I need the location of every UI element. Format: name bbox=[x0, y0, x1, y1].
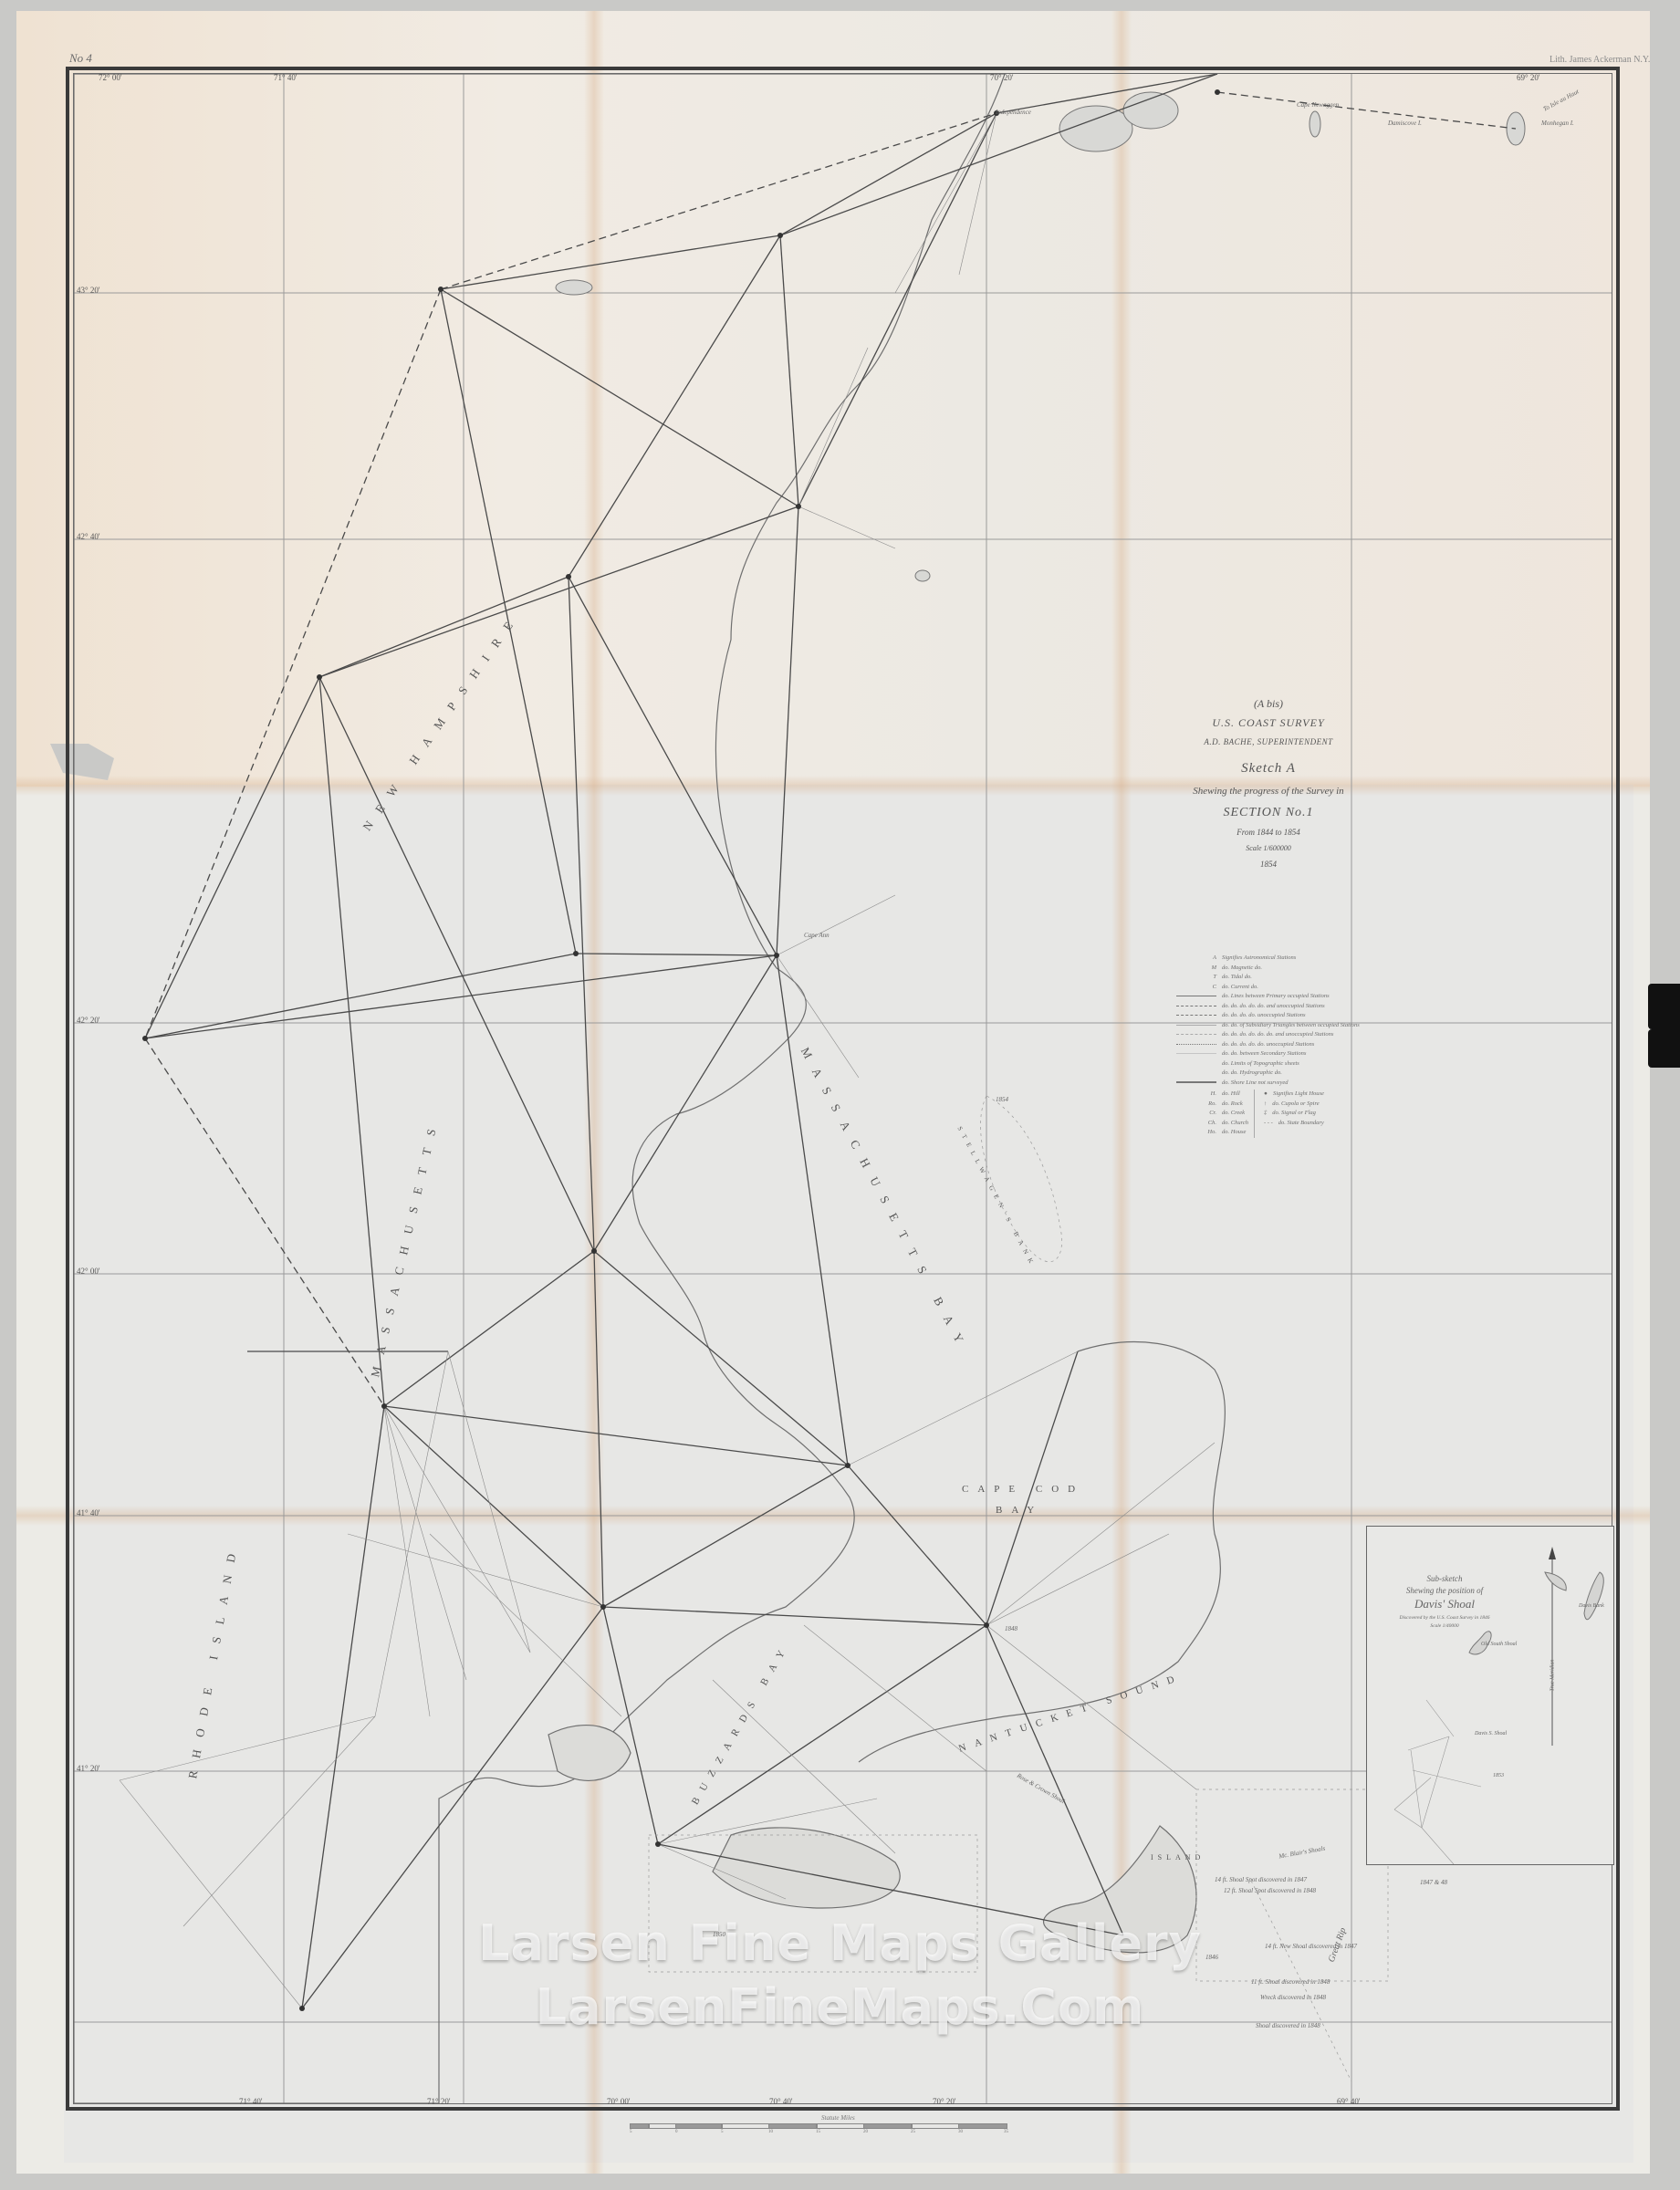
legend-row: do. do. do. do. do. and unoccupied Stati… bbox=[1173, 1002, 1419, 1012]
inset-davis-bank: Davis Bank bbox=[1579, 1603, 1604, 1609]
title-scale: Scale 1/600000 bbox=[1150, 844, 1387, 852]
spire-icon: ↑ bbox=[1264, 1100, 1267, 1110]
line-thin-swatch bbox=[1176, 1025, 1216, 1026]
label-cape-ann: Cape Ann bbox=[804, 932, 830, 939]
map-legend: ASignifies Astronomical Stations Mdo. Ma… bbox=[1173, 954, 1419, 1138]
title-description: Shewing the progress of the Survey in bbox=[1150, 786, 1387, 797]
shoal-note: 12 ft. Shoal Spot discovered in 1848 bbox=[1224, 1887, 1316, 1894]
legend-row: Mdo. Magnetic do. bbox=[1173, 964, 1419, 974]
graticule-tick: 71° 40' bbox=[239, 2097, 262, 2106]
inset-true-meridian: True Meridian bbox=[1550, 1660, 1555, 1692]
label-nantucket-island: ISLAND bbox=[1151, 1853, 1205, 1861]
legend-row: Tdo. Tidal do. bbox=[1173, 973, 1419, 983]
title-section: SECTION No.1 bbox=[1150, 806, 1387, 820]
title-agency: U.S. COAST SURVEY bbox=[1150, 716, 1387, 730]
title-sketch: Sketch A bbox=[1150, 761, 1387, 777]
graticule-tick: 70° 20' bbox=[990, 73, 1013, 82]
legend-row: do. Lines between Primary occupied Stati… bbox=[1173, 992, 1419, 1002]
graticule-tick: 41° 40' bbox=[77, 1508, 99, 1517]
line-faint-swatch bbox=[1176, 1053, 1216, 1054]
binder-clip bbox=[1648, 1029, 1680, 1068]
legend-row: do. do. between Secondary Stations bbox=[1173, 1049, 1419, 1059]
label-bay: BAY bbox=[996, 1505, 1043, 1516]
legend-row: do. Shore Line not surveyed bbox=[1173, 1079, 1419, 1089]
year-label: 1854 bbox=[996, 1096, 1008, 1103]
legend-row: do. do. do. do. do. unoccupied Stations bbox=[1173, 1040, 1419, 1050]
label-monhegan: Monhegan I. bbox=[1541, 120, 1574, 127]
scale-bar: Statute Miles 5 0 5 10 15 20 25 30 35 bbox=[630, 2123, 1059, 2136]
plate-number: No 4 bbox=[69, 51, 92, 66]
graticule-tick: 42° 00' bbox=[77, 1267, 99, 1276]
title-year: 1854 bbox=[1150, 860, 1387, 869]
graticule-tick: 69° 40' bbox=[1337, 2097, 1360, 2106]
title-superintendent: A.D. BACHE, SUPERINTENDENT bbox=[1150, 737, 1387, 746]
graticule-tick: 42° 20' bbox=[77, 1016, 99, 1025]
line-solid-swatch bbox=[1176, 996, 1216, 996]
line-dash-swatch bbox=[1176, 1015, 1216, 1016]
year-label: 1848 bbox=[1005, 1625, 1017, 1632]
label-cape-cod: CAPE COD bbox=[962, 1484, 1084, 1495]
line-dash-solid-swatch bbox=[1176, 1006, 1216, 1006]
graticule-tick: 72° 00' bbox=[99, 73, 121, 82]
label-independence: Independence bbox=[996, 109, 1031, 116]
title-date-range: From 1844 to 1854 bbox=[1150, 828, 1387, 837]
graticule-tick: 70° 40' bbox=[769, 2097, 792, 2106]
legend-row: do. do. do. do. unoccupied Stations bbox=[1173, 1011, 1419, 1021]
title-designation: (A bis) bbox=[1150, 697, 1387, 711]
shore-line-swatch bbox=[1176, 1081, 1216, 1083]
legend-abbreviations: H.do. Hill Ro.do. Rock Cr.do. Creek Ch.d… bbox=[1173, 1090, 1419, 1138]
graticule-tick: 69° 20' bbox=[1517, 73, 1539, 82]
graticule-tick: 71° 40' bbox=[274, 73, 297, 82]
legend-row: do. do. do. do. do. do. and unoccupied S… bbox=[1173, 1030, 1419, 1040]
graticule-tick: 70° 00' bbox=[607, 2097, 630, 2106]
label-cape-newaggen: Cape Newaggen bbox=[1297, 101, 1339, 109]
graticule-tick: 43° 20' bbox=[77, 286, 99, 295]
legend-row: Cdo. Current do. bbox=[1173, 983, 1419, 993]
title-cartouche: (A bis) U.S. COAST SURVEY A.D. BACHE, SU… bbox=[1150, 693, 1387, 869]
inset-old-south-shoal: Old South Shoal bbox=[1481, 1642, 1517, 1647]
watermark-gallery: Larsen Fine Maps Gallery bbox=[0, 1914, 1680, 1972]
year-label: 1847 & 48 bbox=[1420, 1879, 1447, 1886]
davis-shoal-inset: Sub-sketch Shewing the position of Davis… bbox=[1366, 1526, 1614, 1865]
shoal-note: 14 ft. Shoal Spot discovered in 1847 bbox=[1215, 1876, 1307, 1883]
binder-clip bbox=[1648, 984, 1680, 1029]
legend-row: ASignifies Astronomical Stations bbox=[1173, 954, 1419, 964]
legend-row: do. do. of Subsidiary Triangles between … bbox=[1173, 1021, 1419, 1031]
line-dot-swatch bbox=[1176, 1044, 1216, 1045]
maine-islands bbox=[556, 92, 1525, 581]
lithographer-credit: Lith. James Ackerman N.Y. bbox=[1550, 55, 1650, 65]
graticule-tick: 70° 20' bbox=[933, 2097, 955, 2106]
signal-flag-icon: ‡ bbox=[1264, 1109, 1267, 1119]
graticule-tick: 71° 20' bbox=[427, 2097, 450, 2106]
line-thin-dash-swatch bbox=[1176, 1034, 1216, 1035]
inset-davis-south-shoal: Davis S. Shoal bbox=[1475, 1731, 1507, 1736]
graticule-tick: 42° 40' bbox=[77, 532, 99, 541]
graticule-tick: 41° 20' bbox=[77, 1764, 99, 1773]
legend-row: do. do. Hydrographic do. bbox=[1173, 1069, 1419, 1079]
inset-title: Sub-sketch Shewing the position of Davis… bbox=[1376, 1574, 1513, 1629]
lighthouse-icon: ● bbox=[1264, 1090, 1268, 1100]
legend-row: do. Limits of Topographic sheets bbox=[1173, 1059, 1419, 1069]
state-boundary-icon: - - - bbox=[1264, 1119, 1273, 1129]
watermark-url: LarsenFineMaps.Com bbox=[0, 1978, 1680, 2036]
label-damiscove: Damiscove I. bbox=[1388, 120, 1422, 127]
inset-year: 1853 bbox=[1493, 1773, 1504, 1778]
station-markers bbox=[142, 89, 1220, 2011]
